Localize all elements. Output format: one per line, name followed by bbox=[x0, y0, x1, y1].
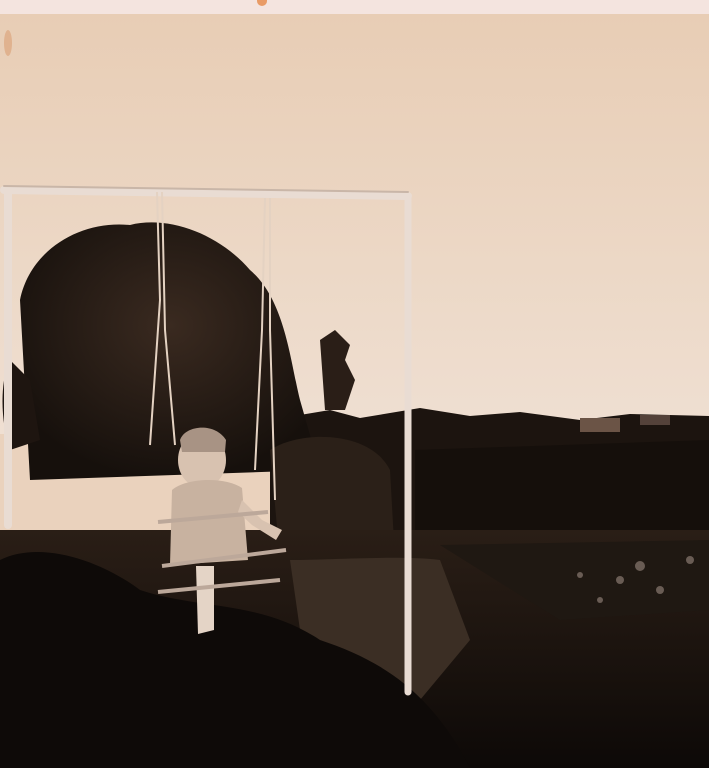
vintage-photo: Vintage sepia photograph of a young chil… bbox=[0, 0, 709, 768]
scene bbox=[0, 0, 709, 768]
